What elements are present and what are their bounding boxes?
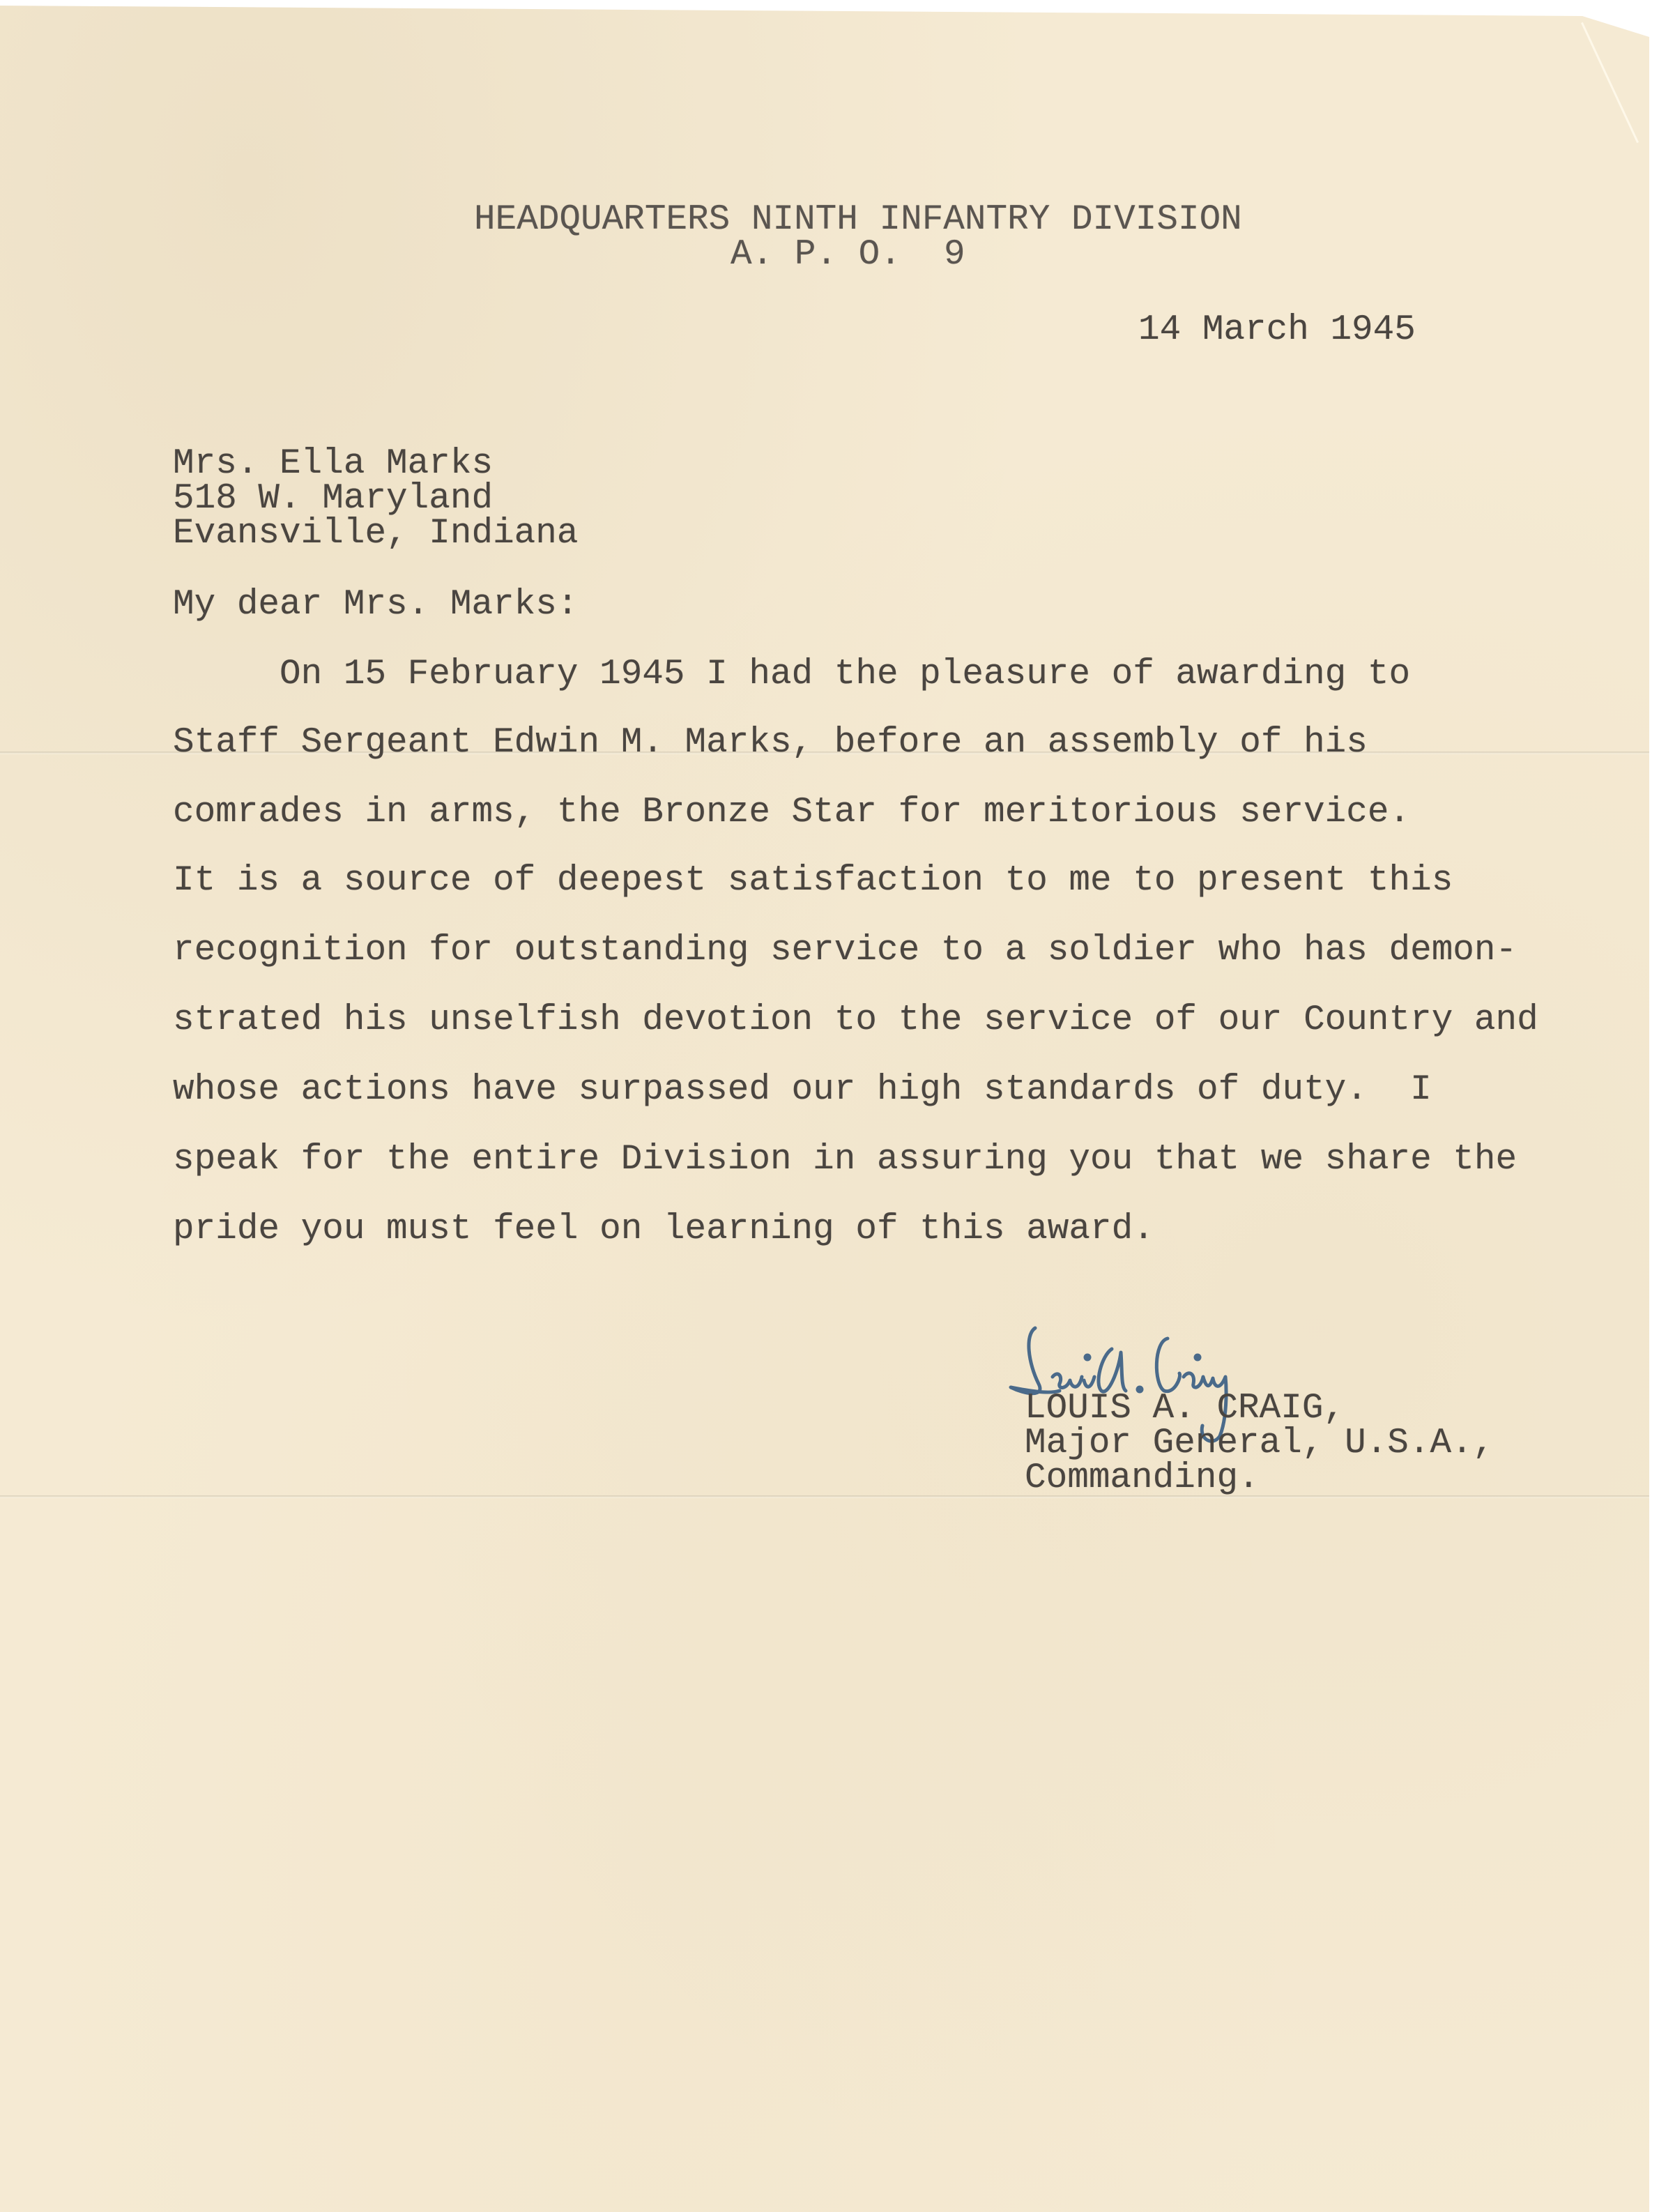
signatory-rank: Major General, U.S.A., (1025, 1426, 1494, 1461)
letterhead-line1: HEADQUARTERS NINTH INFANTRY DIVISION (474, 202, 1242, 238)
body-line: It is a source of deepest satisfaction t… (173, 863, 1453, 899)
signatory-title: Commanding. (1025, 1460, 1260, 1496)
body-line: comrades in arms, the Bronze Star for me… (173, 795, 1410, 830)
body-line: Staff Sergeant Edwin M. Marks, before an… (173, 725, 1368, 761)
body-line: On 15 February 1945 I had the pleasure o… (173, 657, 1410, 692)
body-line: speak for the entire Division in assurin… (173, 1142, 1517, 1177)
corner-crease (1581, 22, 1639, 143)
recipient-city-state: Evansville, Indiana (173, 516, 579, 551)
body-line: strated his unselfish devotion to the se… (173, 1002, 1538, 1038)
salutation: My dear Mrs. Marks: (173, 587, 579, 623)
letterhead-line2: A. P. O. 9 (731, 237, 965, 273)
body-line: whose actions have surpassed our high st… (173, 1072, 1432, 1108)
signatory-name: LOUIS A. CRAIG, (1025, 1391, 1345, 1426)
recipient-street: 518 W. Maryland (173, 481, 493, 517)
body-line: pride you must feel on learning of this … (173, 1212, 1154, 1247)
letter-date: 14 March 1945 (1138, 312, 1416, 348)
recipient-name: Mrs. Ella Marks (173, 446, 493, 482)
body-line: recognition for outstanding service to a… (173, 933, 1517, 968)
fold-line-lower (0, 1495, 1649, 1498)
